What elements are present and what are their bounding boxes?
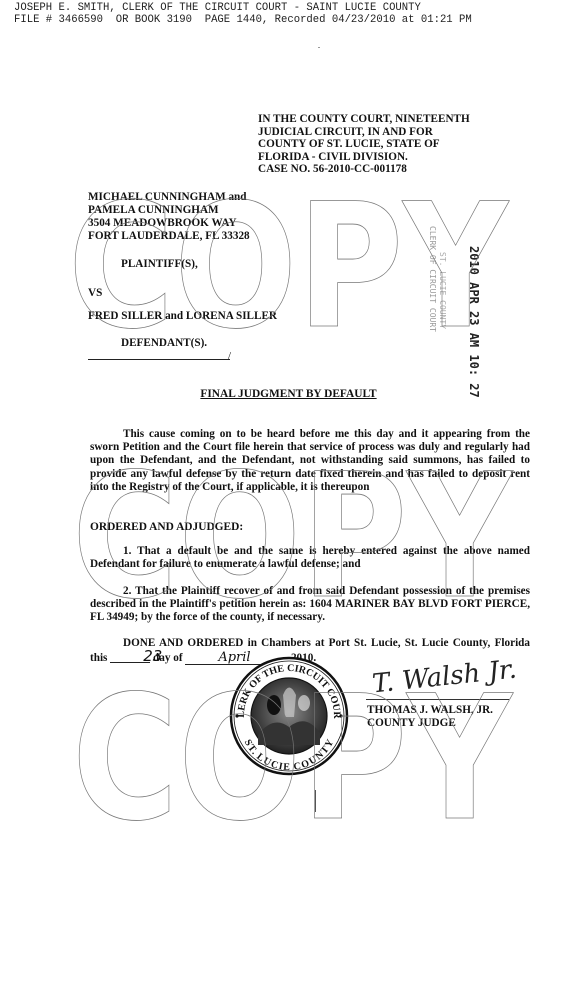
filing-stamp-county: ST. LUCIE COUNTY bbox=[438, 252, 447, 329]
court-caption: IN THE COUNTY COURT, NINETEENTH JUDICIAL… bbox=[258, 113, 470, 176]
court-caption-line: IN THE COUNTY COURT, NINETEENTH bbox=[258, 113, 470, 126]
judge-title: COUNTY JUDGE bbox=[367, 717, 493, 730]
filing-stamp-clerk: CLERK OF CIRCUIT COURT bbox=[428, 226, 437, 332]
scan-speck bbox=[318, 47, 320, 48]
order-item-1: 1. That a default be and the same is her… bbox=[90, 545, 530, 571]
day-of-label: day of bbox=[153, 652, 183, 664]
case-number: CASE NO. 56-2010-CC-001178 bbox=[258, 163, 470, 176]
plaintiff-label: PLAINTIFF(S), bbox=[121, 258, 198, 270]
plaintiff-block: MICHAEL CUNNINGHAM and PAMELA CUNNINGHAM… bbox=[88, 191, 250, 243]
defendant-names: FRED SILLER and LORENA SILLER bbox=[88, 310, 277, 322]
caption-rule-end: / bbox=[228, 350, 231, 362]
court-caption-line: JUDICIAL CIRCUIT, IN AND FOR bbox=[258, 126, 470, 139]
filing-stamp-datetime: 2010 APR 23 AM 10: 27 bbox=[467, 246, 481, 398]
signature-line bbox=[366, 699, 509, 700]
defendant-label: DEFENDANT(S). bbox=[121, 337, 207, 349]
scan-mark bbox=[315, 790, 316, 812]
caption-rule bbox=[88, 359, 230, 360]
handwritten-day: 23 bbox=[110, 650, 150, 663]
document-title-text: FINAL JUDGMENT BY DEFAULT bbox=[200, 388, 376, 400]
plaintiff-line: PAMELA CUNNINGHAM bbox=[88, 204, 250, 217]
recording-header-line2: FILE # 3466590 OR BOOK 3190 PAGE 1440, R… bbox=[14, 14, 472, 26]
plaintiff-city: FORT LAUDERDALE, FL 33328 bbox=[88, 230, 250, 243]
ordered-heading: ORDERED AND ADJUDGED: bbox=[90, 521, 243, 533]
plaintiff-line: MICHAEL CUNNINGHAM and bbox=[88, 191, 250, 204]
intro-paragraph: This cause coming on to be heard before … bbox=[90, 428, 530, 494]
court-caption-line: FLORIDA - CIVIL DIVISION. bbox=[258, 151, 470, 164]
recording-header: JOSEPH E. SMITH, CLERK OF THE CIRCUIT CO… bbox=[14, 2, 472, 26]
document-title: FINAL JUDGMENT BY DEFAULT bbox=[0, 388, 577, 400]
filing-stamp: 2010 APR 23 AM 10: 27 ST. LUCIE COUNTY C… bbox=[415, 246, 485, 376]
court-caption-line: COUNTY OF ST. LUCIE, STATE OF bbox=[258, 138, 470, 151]
clerk-seal-icon: CLERK OF THE CIRCUIT COURT ST. LUCIE COU… bbox=[228, 655, 350, 777]
plaintiff-address: 3504 MEADOWBROOK WAY bbox=[88, 217, 250, 230]
order-item-2: 2. That the Plaintiff recover of and fro… bbox=[90, 585, 530, 625]
versus-label: VS bbox=[88, 287, 102, 299]
recording-header-line1: JOSEPH E. SMITH, CLERK OF THE CIRCUIT CO… bbox=[14, 2, 472, 14]
judge-name: THOMAS J. WALSH, JR. bbox=[367, 704, 493, 717]
judge-block: THOMAS J. WALSH, JR. COUNTY JUDGE bbox=[367, 704, 493, 730]
